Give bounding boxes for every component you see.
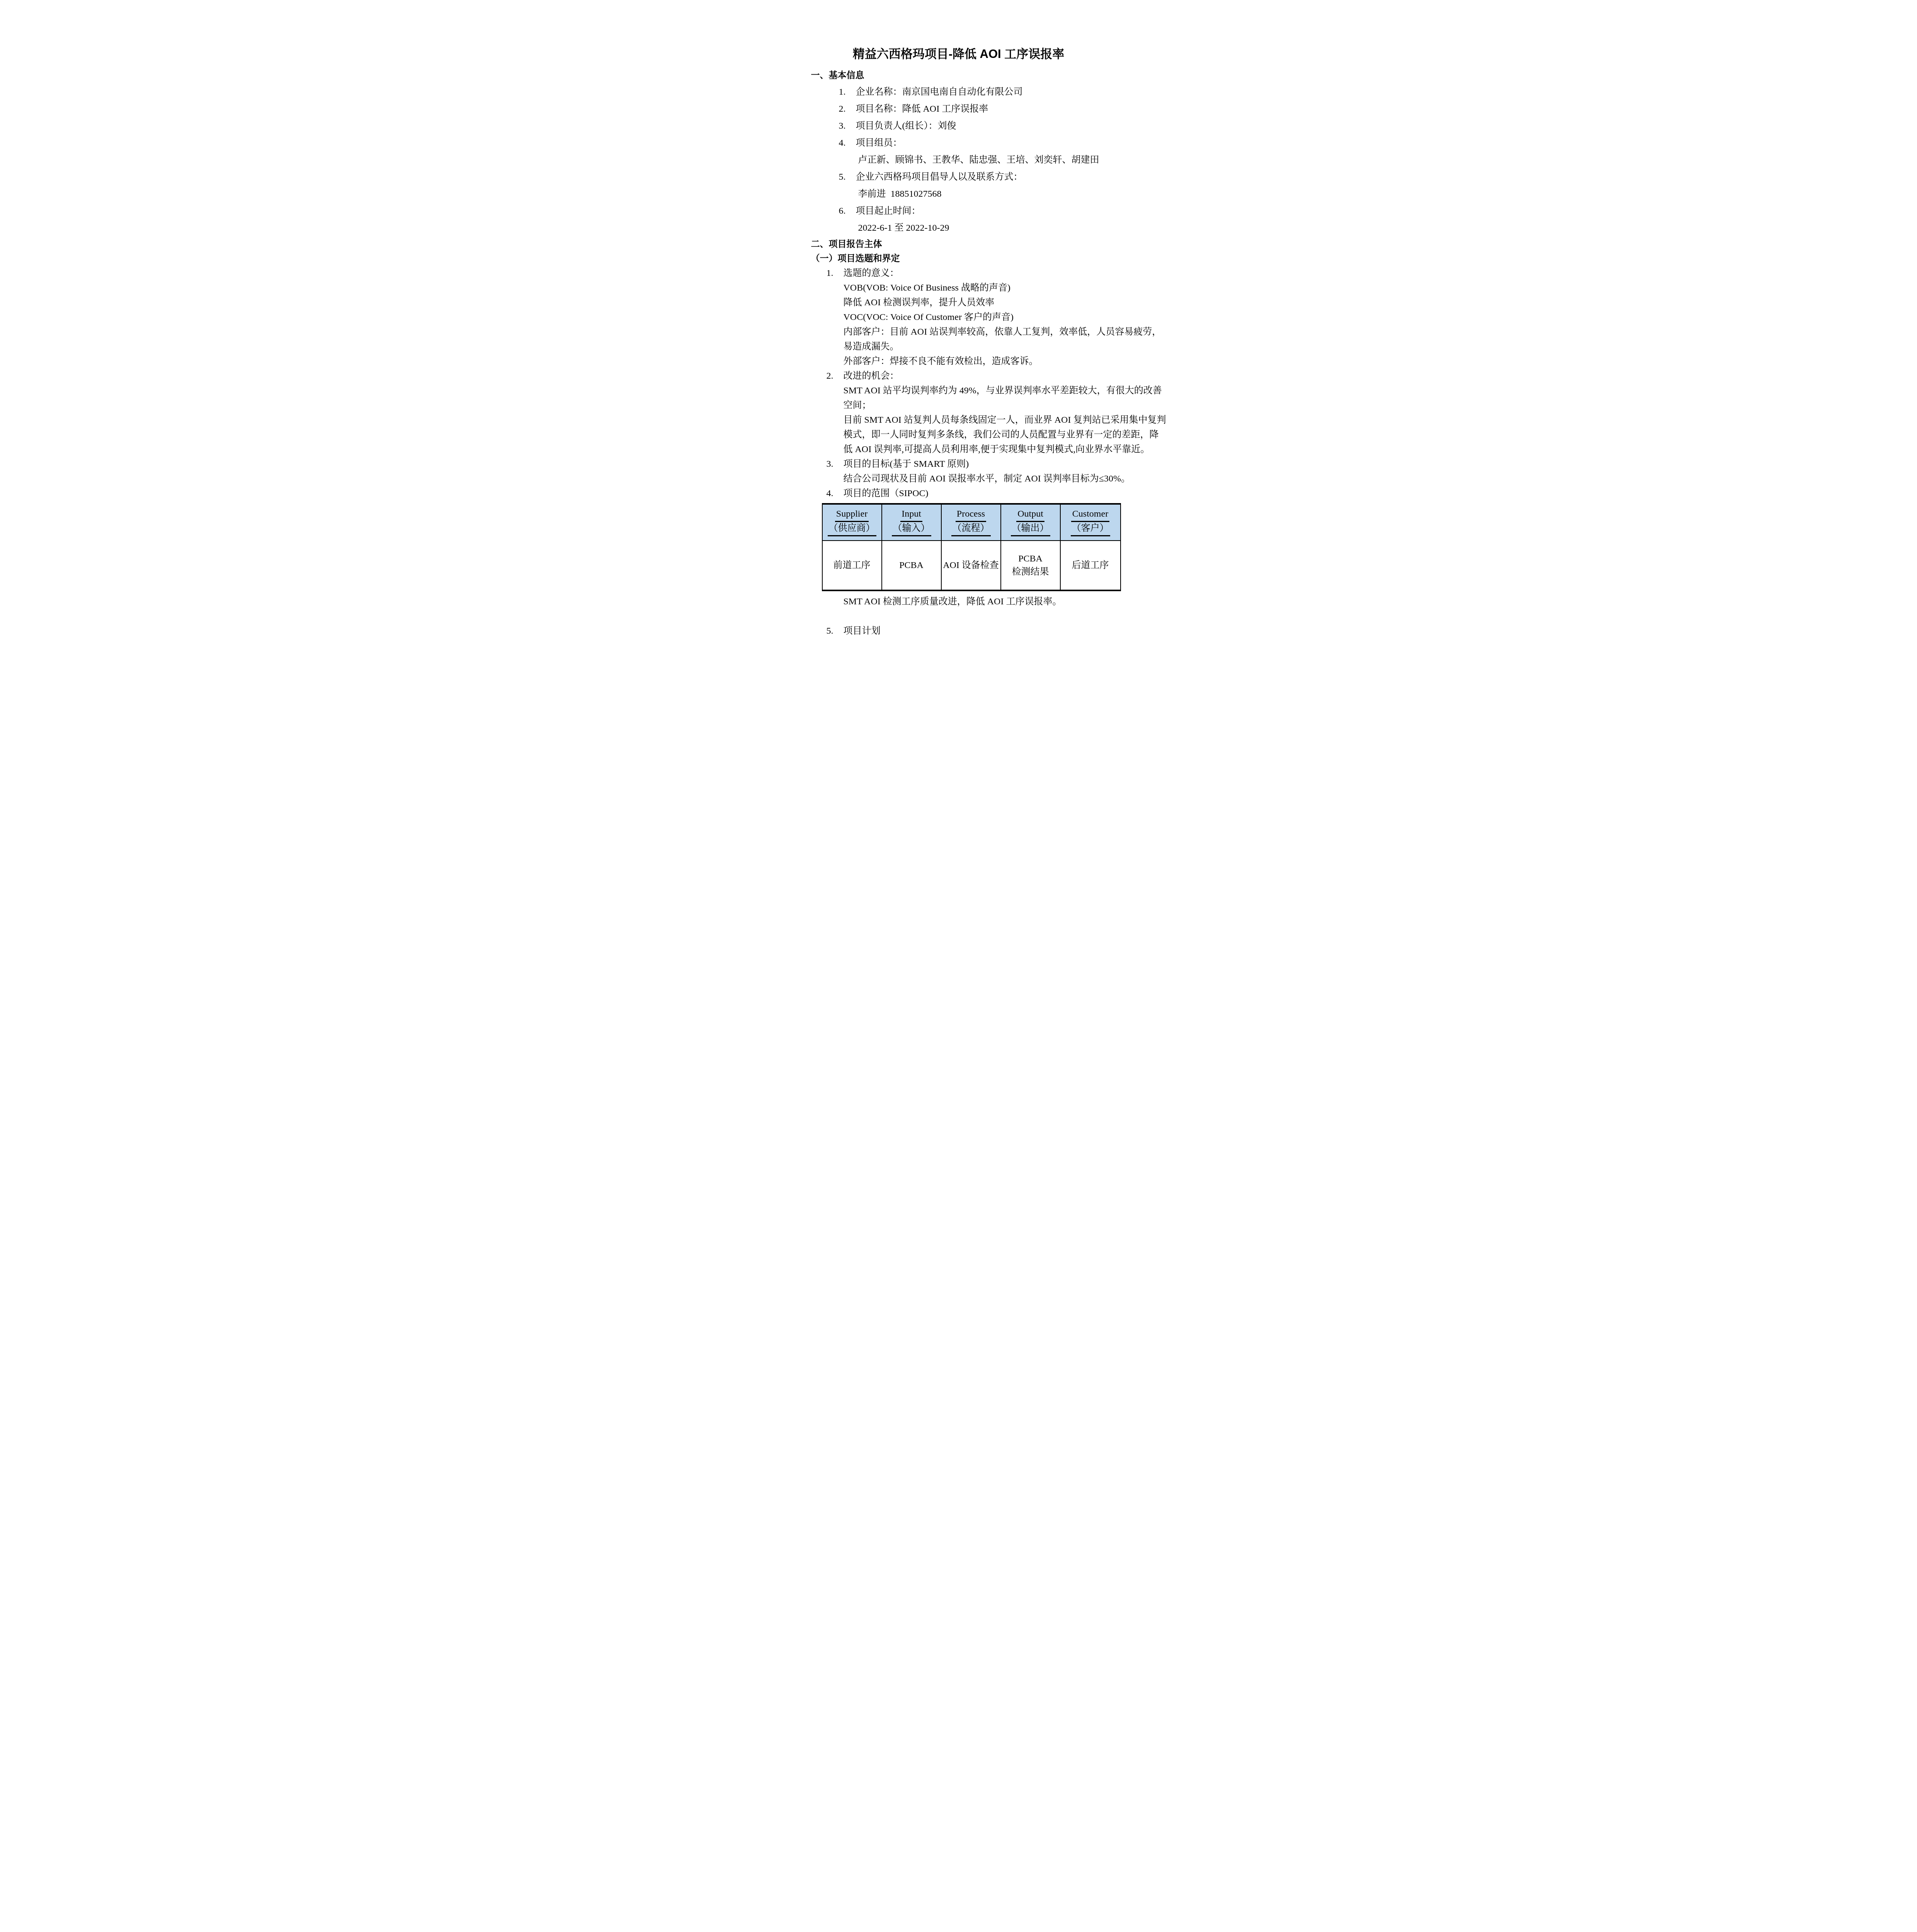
heading-topic-selection: （一）项目选题和界定 (811, 251, 1183, 266)
list-item-text: 项目计划 (844, 624, 881, 638)
list-item-number: 6. (839, 202, 856, 219)
sipoc-cell-process: AOI 设备检查 (942, 541, 1001, 590)
list-item-text: 项目名称：降低 AOI 工序误报率 (856, 100, 988, 117)
list-item-text: 企业名称：南京国电南自自动化有限公司 (856, 83, 1023, 100)
list-item-scope: 4. 项目的范围（SIPOC) (827, 486, 1183, 501)
opportunity-line-5: 低 AOI 误判率,可提高人员利用率,便于实现集中复判模式,向业界水平靠近。 (844, 442, 1183, 457)
champion-contact-line: 李前进 18851027568 (858, 185, 1183, 202)
list-item-text: 项目的范围（SIPOC) (844, 486, 929, 501)
list-item-number: 3. (839, 117, 856, 134)
list-item-text: 项目组员： (856, 134, 902, 151)
sipoc-header-zh: （供应商） (828, 522, 876, 536)
blank-line (811, 609, 1183, 624)
list-item-goal: 3. 项目的目标(基于 SMART 原则) (827, 457, 1183, 471)
heading-report-body: 二、项目报告主体 (811, 236, 1183, 251)
list-item-champion: 5. 企业六西格玛项目倡导人以及联系方式： (839, 168, 1183, 185)
members-line: 卢正新、顾锦书、王教华、陆忠强、王培、刘奕轩、胡建田 (858, 151, 1183, 168)
sipoc-header-cell-output: Output （输出） (1001, 505, 1061, 541)
sipoc-cell-line: PCBA (899, 559, 924, 572)
sipoc-header-cell-customer: Customer （客户） (1061, 505, 1120, 541)
list-item-number: 5. (827, 624, 844, 638)
list-item-text: 企业六西格玛项目倡导人以及联系方式： (856, 168, 1023, 185)
list-item-opportunity: 2. 改进的机会： (827, 369, 1183, 383)
document-page: 精益六西格玛项目-降低 AOI 工序误报率 一、基本信息 1. 企业名称：南京国… (719, 0, 1198, 678)
list-item-project-leader: 3. 项目负责人(组长）：刘俊 (839, 117, 1183, 134)
heading-basic-info: 一、基本信息 (811, 66, 1183, 83)
sipoc-header-en: Output (1016, 508, 1044, 522)
goal-line-1: 结合公司现状及目前 AOI 误报率水平，制定 AOI 误判率目标为≤30%。 (844, 471, 1183, 486)
list-item-company: 1. 企业名称：南京国电南自自动化有限公司 (839, 83, 1183, 100)
list-item-number: 4. (839, 134, 856, 151)
list-item-text: 改进的机会： (844, 369, 899, 383)
list-item-project-members: 4. 项目组员： (839, 134, 1183, 151)
list-item-text: 项目起止时间： (856, 202, 921, 219)
list-item-topic-meaning: 1. 选题的意义： (827, 266, 1183, 281)
opportunity-line-3: 目前 SMT AOI 站复判人员每条线固定一人，而业界 AOI 复判站已采用集中… (844, 413, 1183, 427)
topic-line-voc: VOC(VOC: Voice Of Customer 客户的声音) (844, 310, 1183, 325)
sipoc-cell-line: AOI 设备检查 (943, 559, 999, 572)
list-item-number: 2. (827, 369, 844, 383)
scope-note-line: SMT AOI 检测工序质量改进，降低 AOI 工序误报率。 (844, 594, 1183, 609)
sipoc-header-en: Supplier (835, 508, 869, 522)
sipoc-header-cell-supplier: Supplier （供应商） (823, 505, 882, 541)
topic-line-vob-detail: 降低 AOI 检测误判率，提升人员效率 (844, 295, 1183, 310)
sipoc-header-en: Customer (1071, 508, 1109, 522)
list-item-number: 1. (839, 83, 856, 100)
list-item-number: 3. (827, 457, 844, 471)
list-item-number: 1. (827, 266, 844, 281)
sipoc-header-zh: （流程） (951, 522, 991, 536)
opportunity-line-1: SMT AOI 站平均误判率约为 49%，与业界误判率水平差距较大，有很大的改善 (844, 383, 1183, 398)
topic-line-internal-customer-cont: 易造成漏失。 (844, 339, 1183, 354)
topic-line-external-customer: 外部客户：焊接不良不能有效检出，造成客诉。 (844, 354, 1183, 369)
sipoc-header-en: Process (956, 508, 986, 522)
list-item-number: 4. (827, 486, 844, 501)
opportunity-line-2: 空间； (844, 398, 1183, 413)
topic-line-internal-customer: 内部客户：目前 AOI 站误判率较高，依靠人工复判，效率低，人员容易疲劳， (844, 325, 1183, 339)
list-item-text: 选题的意义： (844, 266, 899, 281)
sipoc-header-en: Input (900, 508, 922, 522)
sipoc-header-zh: （客户） (1071, 522, 1110, 536)
duration-line: 2022-6-1 至 2022-10-29 (858, 219, 1183, 236)
list-item-number: 2. (839, 100, 856, 117)
sipoc-cell-line: 前道工序 (833, 559, 871, 572)
sipoc-header-cell-input: Input （输入） (882, 505, 942, 541)
document-title: 精益六西格玛项目-降低 AOI 工序误报率 (719, 43, 1198, 65)
list-item-plan: 5. 项目计划 (827, 624, 1183, 638)
sipoc-table: Supplier （供应商） Input （输入） Process （流程） O… (822, 503, 1121, 591)
topic-line-vob: VOB(VOB: Voice Of Business 战略的声音) (844, 281, 1183, 295)
list-item-duration: 6. 项目起止时间： (839, 202, 1183, 219)
list-item-number: 5. (839, 168, 856, 185)
list-item-text: 项目负责人(组长）：刘俊 (856, 117, 956, 134)
sipoc-cell-input: PCBA (882, 541, 942, 590)
sipoc-header-cell-process: Process （流程） (942, 505, 1001, 541)
sipoc-cell-line: 检测结果 (1012, 565, 1049, 578)
sipoc-cell-line: 后道工序 (1072, 559, 1109, 572)
sipoc-cell-output: PCBA 检测结果 (1001, 541, 1061, 590)
sipoc-header-zh: （输出） (1011, 522, 1050, 536)
list-item-project-name: 2. 项目名称：降低 AOI 工序误报率 (839, 100, 1183, 117)
opportunity-line-4: 模式，即一人同时复判多条线，我们公司的人员配置与业界有一定的差距，降 (844, 427, 1183, 442)
sipoc-header-zh: （输入） (892, 522, 931, 536)
sipoc-cell-line: PCBA (1018, 552, 1043, 565)
list-item-text: 项目的目标(基于 SMART 原则) (844, 457, 969, 471)
sipoc-cell-customer: 后道工序 (1061, 541, 1120, 590)
sipoc-cell-supplier: 前道工序 (823, 541, 882, 590)
